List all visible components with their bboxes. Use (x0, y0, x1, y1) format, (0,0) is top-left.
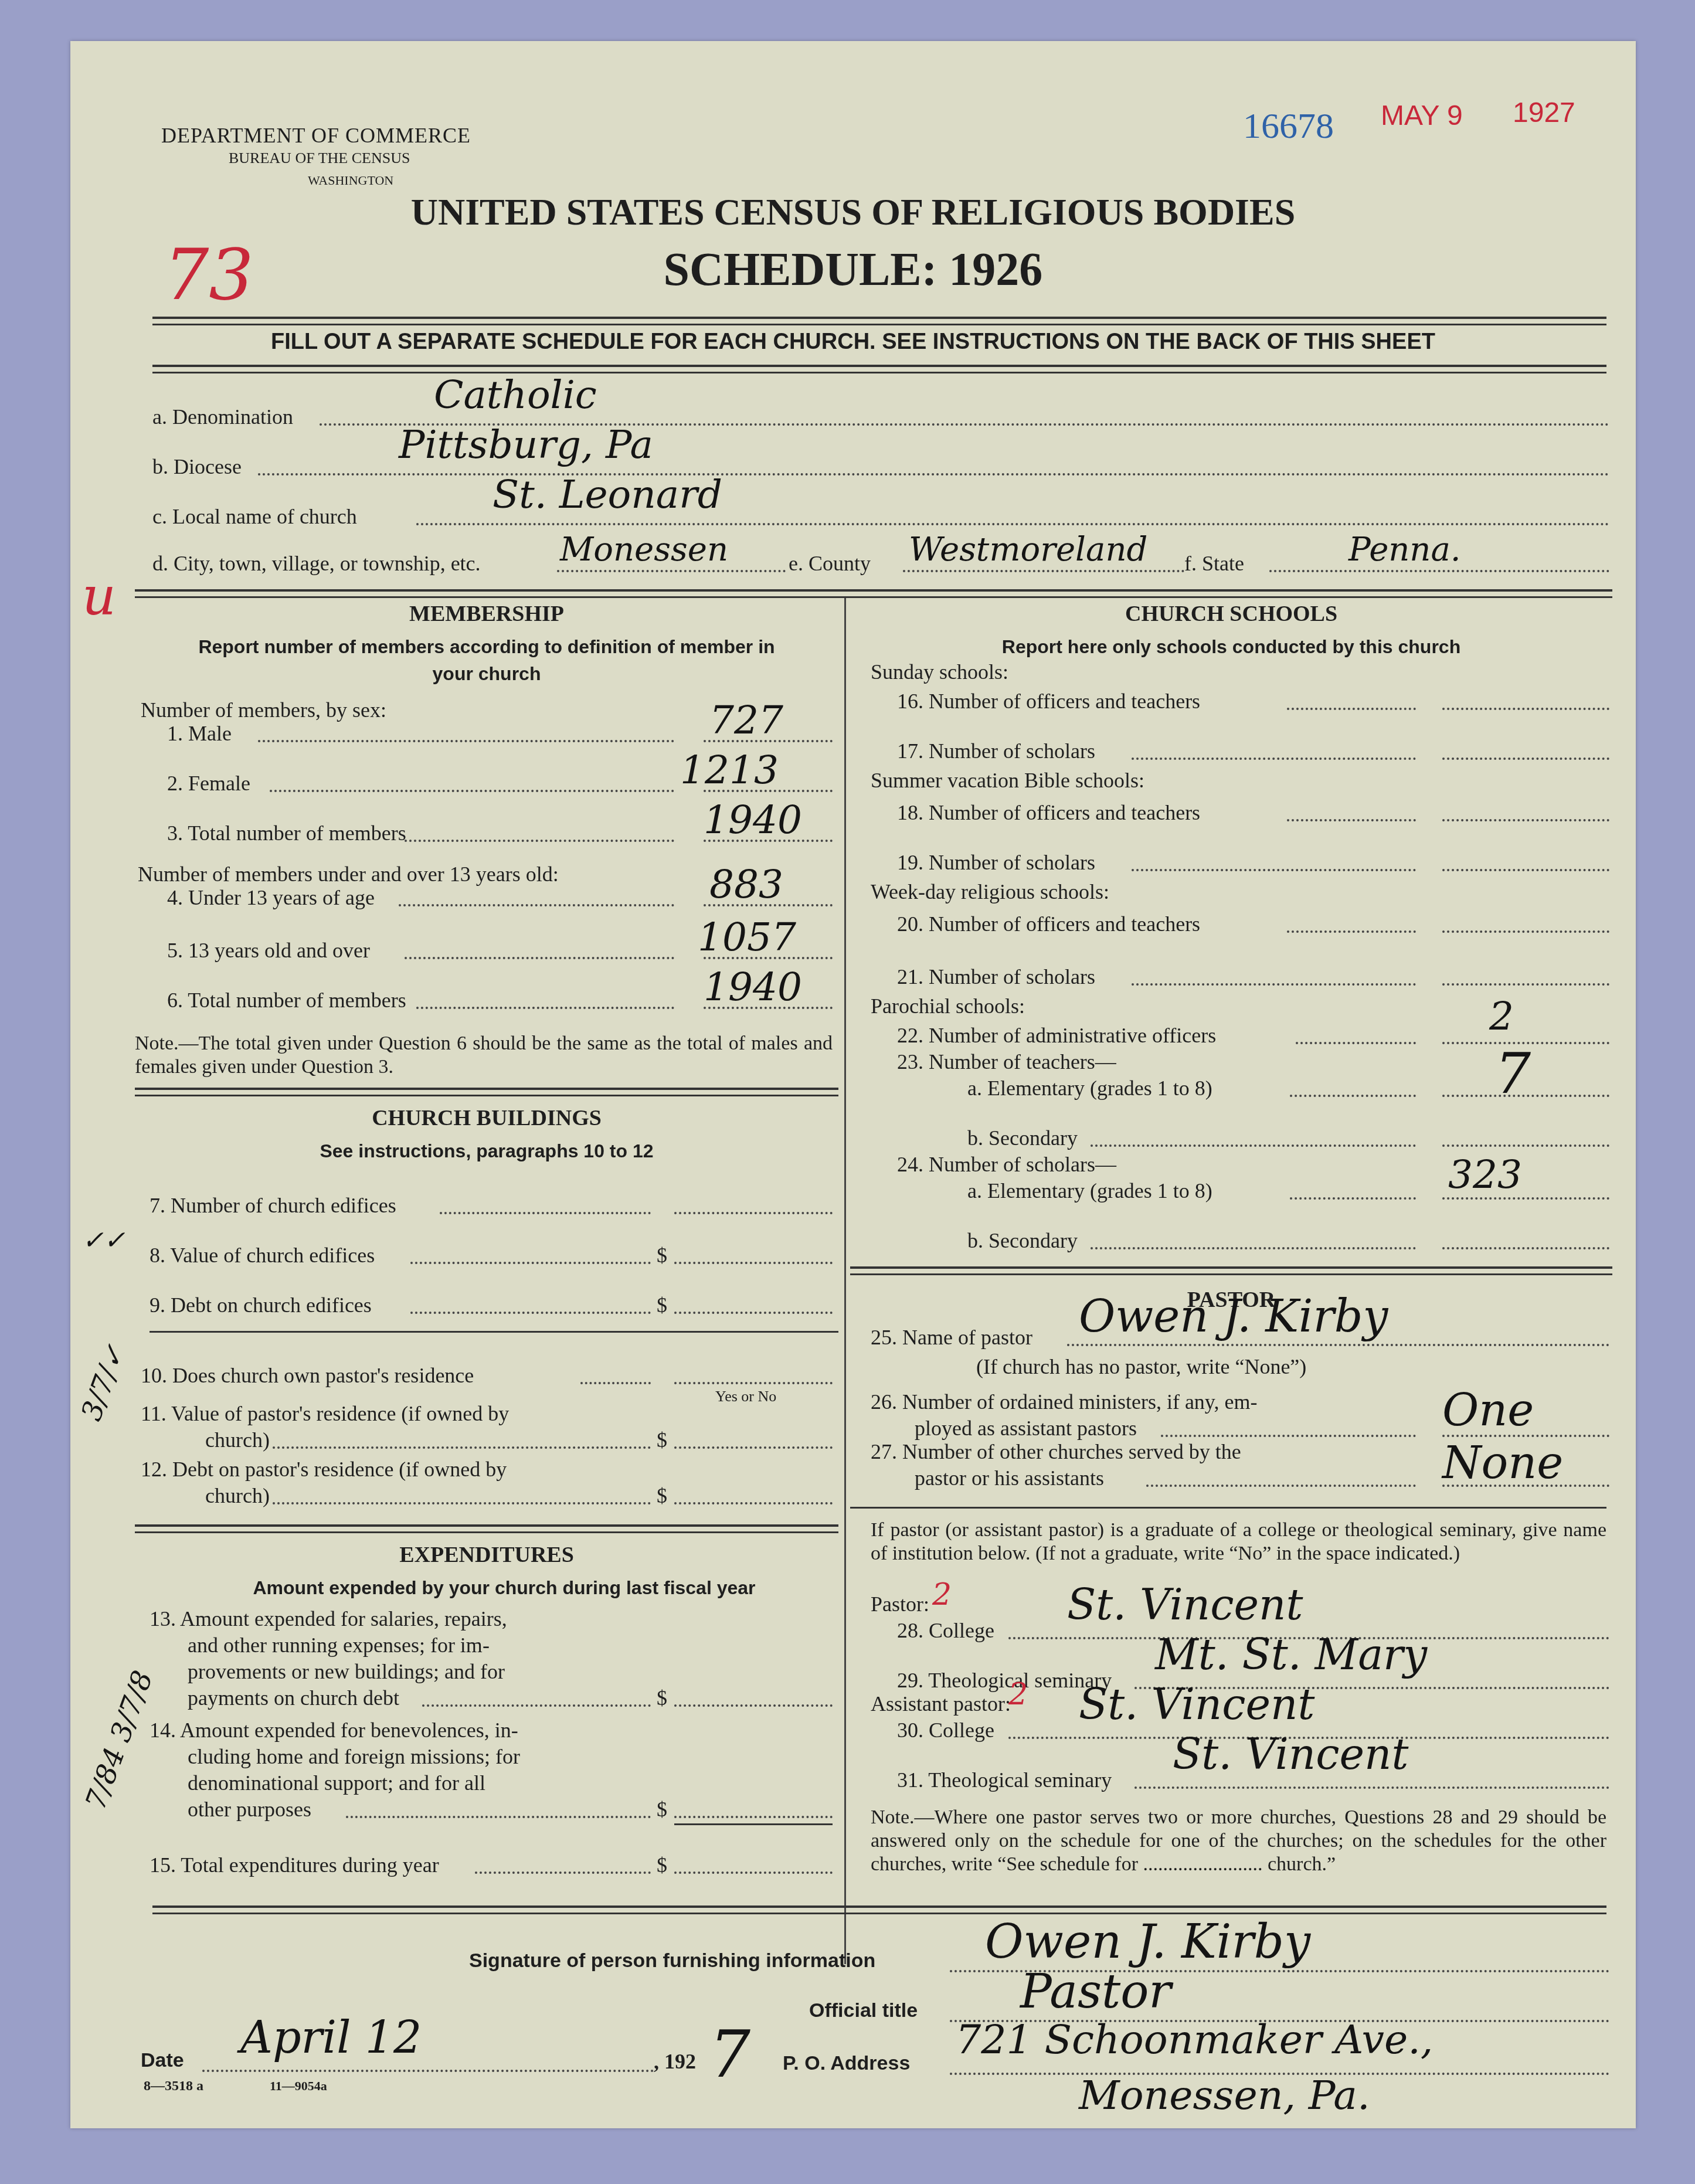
membership-note: Note.—The total given under Question 6 s… (135, 1032, 833, 1079)
expenditures-heading: EXPENDITURES (135, 1542, 838, 1568)
residence-value-line (273, 1446, 651, 1449)
city-line (557, 570, 786, 572)
edifices-count-field[interactable] (674, 1212, 833, 1214)
date-line (202, 2070, 654, 2072)
pastor-college-label: 28. College (897, 1618, 994, 1643)
po-address-label: P. O. Address (783, 2052, 910, 2075)
teachers-elementary-line (1290, 1095, 1416, 1097)
diocese-field[interactable]: Pittsburg, Pa (399, 422, 653, 467)
denomination-label: a. Denomination (152, 405, 293, 429)
weekday-officers-line (1287, 930, 1416, 933)
running-expenses-label-4: payments on church debt (188, 1686, 399, 1710)
total-members-label: 3. Total number of members (167, 821, 406, 845)
edifices-count-label: 7. Number of church edifices (150, 1193, 396, 1218)
dollar-sign: $ (657, 1483, 667, 1508)
margin-expenditure-marks: 7/84 3/7/8 (79, 1666, 159, 1813)
male-line (258, 740, 674, 742)
bureau-city: WASHINGTON (308, 173, 393, 188)
total-expenditures-field[interactable] (674, 1871, 833, 1874)
parochial-schools-label: Parochial schools: (871, 994, 1025, 1018)
summer-officers-label: 18. Number of officers and teachers (897, 800, 1200, 825)
benevolences-label-2: cluding home and foreign missions; for (188, 1744, 520, 1769)
over-13-field[interactable]: 1057 (698, 915, 796, 960)
benevolences-label-3: denominational support; and for all (188, 1771, 485, 1795)
received-stamp-date: MAY 9 (1381, 100, 1463, 132)
male-label: 1. Male (167, 721, 232, 746)
year-field[interactable]: 7 (709, 2017, 750, 2092)
form-schedule-year: SCHEDULE: 1926 (70, 243, 1636, 297)
teachers-secondary-field[interactable] (1442, 1144, 1609, 1147)
weekday-scholars-line (1132, 983, 1416, 986)
scholars-elementary-line (1290, 1197, 1416, 1200)
running-expenses-label-1: 13. Amount expended for salaries, repair… (150, 1606, 507, 1631)
under-13-line (399, 904, 674, 906)
dollar-sign: $ (657, 1853, 667, 1877)
teachers-elementary-field[interactable]: 7 (1495, 1041, 1531, 1106)
state-label: f. State (1184, 551, 1244, 576)
census-schedule-sheet: DEPARTMENT OF COMMERCE BUREAU OF THE CEN… (70, 41, 1636, 2128)
city-label: d. City, town, village, or township, etc… (152, 551, 481, 576)
admin-officers-label: 22. Number of administrative officers (897, 1023, 1216, 1048)
city-field[interactable]: Monessen (560, 531, 728, 569)
total-members-2-field[interactable]: 1940 (704, 964, 802, 1010)
teachers-secondary-label: b. Secondary (967, 1126, 1078, 1150)
owns-residence-field[interactable] (674, 1382, 833, 1384)
dollar-sign: $ (657, 1686, 667, 1710)
header-divider (152, 317, 1606, 325)
assistant-pastors-field[interactable]: One (1442, 1384, 1534, 1436)
summer-scholars-field[interactable] (1442, 869, 1609, 871)
other-churches-label-2: pastor or his assistants (915, 1466, 1104, 1490)
schools-divider (850, 1266, 1612, 1275)
sunday-officers-label: 16. Number of officers and teachers (897, 689, 1200, 714)
church-name-line (416, 523, 1609, 525)
female-line (270, 790, 674, 792)
teachers-secondary-line (1091, 1144, 1416, 1147)
female-count-field[interactable]: 1213 (680, 748, 779, 793)
margin-date-mark: 3/7/✓ (75, 1340, 133, 1425)
total-members-field[interactable]: 1940 (704, 797, 802, 843)
pastor-none-hint: (If church has no pastor, write “None”) (976, 1354, 1306, 1379)
running-expenses-label-2: and other running expenses; for im- (188, 1633, 490, 1657)
teachers-label: 23. Number of teachers— (897, 1049, 1116, 1074)
summer-officers-field[interactable] (1442, 819, 1609, 821)
pastor-college-field[interactable]: St. Vincent (1067, 1580, 1303, 1629)
form-code-1: 8—3518 a (144, 2078, 203, 2094)
form-title: UNITED STATES CENSUS OF RELIGIOUS BODIES (70, 191, 1636, 234)
state-field[interactable]: Penna. (1348, 531, 1461, 569)
identification-divider (135, 589, 1612, 598)
pastor-name-label: 25. Name of pastor (871, 1325, 1032, 1350)
edifices-value-field[interactable] (674, 1262, 833, 1264)
edifices-debt-line (410, 1312, 651, 1314)
total-members-line (405, 840, 674, 842)
po-address-field[interactable]: 721 Schoonmaker Ave., (956, 2017, 1433, 2063)
female-label: 2. Female (167, 771, 250, 796)
benevolences-line (346, 1816, 651, 1818)
weekday-officers-label: 20. Number of officers and teachers (897, 912, 1200, 936)
church-name-label: c. Local name of church (152, 504, 357, 529)
pastor-name-field[interactable]: Owen J. Kirby (1079, 1290, 1388, 1342)
pastor-inner-divider (850, 1507, 1606, 1509)
scholars-elementary-label: a. Elementary (grades 1 to 8) (967, 1178, 1212, 1203)
over-13-line (405, 957, 674, 959)
teachers-elementary-label: a. Elementary (grades 1 to 8) (967, 1076, 1212, 1101)
summer-scholars-line (1132, 869, 1416, 871)
residence-debt-field[interactable] (674, 1502, 833, 1504)
diocese-line (258, 473, 1609, 475)
edifices-count-line (440, 1212, 651, 1214)
church-schools-heading: CHURCH SCHOOLS (850, 601, 1612, 627)
residence-debt-line (273, 1502, 651, 1504)
scholars-secondary-label: b. Secondary (967, 1228, 1078, 1253)
sum-underline (674, 1823, 833, 1825)
yes-or-no-hint: Yes or No (715, 1388, 776, 1405)
admin-officers-line (1296, 1042, 1416, 1044)
assistant-education-label: Assistant pastor: (871, 1692, 1011, 1716)
male-count-field[interactable]: 727 (709, 698, 783, 743)
sunday-scholars-field[interactable] (1442, 758, 1609, 760)
total-members-2-label: 6. Total number of members (167, 988, 406, 1013)
running-expenses-line (422, 1704, 651, 1707)
total-members-2-line (416, 1007, 674, 1009)
summer-schools-label: Summer vacation Bible schools: (871, 768, 1144, 793)
red-margin-number: 73 (164, 235, 254, 316)
dollar-sign: $ (657, 1243, 667, 1268)
church-schools-subtitle: Report here only schools conducted by th… (850, 636, 1612, 658)
pastor-education-label: Pastor: (871, 1592, 929, 1616)
edifices-value-label: 8. Value of church edifices (150, 1243, 375, 1268)
edifices-value-line (410, 1262, 651, 1264)
red-margin-mark: u (82, 566, 116, 627)
instruction-banner: FILL OUT A SEPARATE SCHEDULE FOR EACH CH… (70, 330, 1636, 355)
scholars-elementary-field[interactable]: 323 (1448, 1152, 1522, 1197)
county-label: e. County (789, 551, 871, 576)
pastor-name-line (1067, 1344, 1609, 1346)
assistant-red-mark: 2 (1008, 1677, 1028, 1712)
other-churches-field[interactable]: None (1442, 1436, 1563, 1489)
scholars-elementary-answer-line (1442, 1197, 1609, 1200)
summer-scholars-label: 19. Number of scholars (897, 850, 1095, 875)
dollar-sign: $ (657, 1293, 667, 1317)
under-13-label: 4. Under 13 years of age (167, 885, 375, 910)
summer-officers-line (1287, 819, 1416, 821)
signature-field[interactable]: Owen J. Kirby (985, 1914, 1310, 1969)
date-label: Date (141, 2049, 184, 2072)
benevolences-label-1: 14. Amount expended for benevolences, in… (150, 1718, 518, 1743)
weekday-scholars-field[interactable] (1442, 983, 1609, 986)
expenditures-subtitle: Amount expended by your church during la… (173, 1577, 835, 1599)
column-divider (844, 598, 846, 1964)
county-field[interactable]: Westmoreland (909, 531, 1147, 569)
residence-debt-label-2: church) (205, 1483, 270, 1508)
form-code-2: 11—9054a (270, 2078, 327, 2094)
residence-value-label: 11. Value of pastor's residence (if owne… (141, 1401, 509, 1426)
sunday-scholars-line (1132, 758, 1416, 760)
assistant-pastors-line (1161, 1435, 1416, 1437)
church-name-field[interactable]: St. Leonard (492, 472, 722, 517)
footer-divider (152, 1906, 1606, 1914)
diocese-label: b. Diocese (152, 454, 242, 479)
weekday-schools-label: Week-day religious schools: (871, 879, 1109, 904)
benevolences-field[interactable] (674, 1816, 833, 1818)
membership-subtitle: Report number of members according to de… (176, 633, 797, 687)
scholars-label: 24. Number of scholars— (897, 1152, 1116, 1177)
state-line (1269, 570, 1609, 572)
assistant-pastors-label: 26. Number of ordained ministers, if any… (871, 1390, 1258, 1414)
pastor-red-mark: 2 (932, 1577, 952, 1612)
sunday-officers-field[interactable] (1442, 708, 1609, 710)
department-name: DEPARTMENT OF COMMERCE (161, 123, 471, 148)
other-churches-label: 27. Number of other churches served by t… (871, 1439, 1241, 1464)
benevolences-label-4: other purposes (188, 1797, 311, 1822)
margin-check-marks: ✓✓ (82, 1225, 125, 1255)
buildings-inner-divider (150, 1331, 838, 1333)
scholars-secondary-line (1091, 1247, 1416, 1249)
running-expenses-label-3: provements or new buildings; and for (188, 1659, 505, 1684)
sunday-schools-label: Sunday schools: (871, 660, 1008, 684)
accession-stamp-number: 16678 (1243, 106, 1334, 147)
membership-divider (135, 1088, 838, 1096)
members-by-sex-label: Number of members, by sex: (141, 698, 386, 722)
membership-heading: MEMBERSHIP (135, 601, 838, 627)
running-expenses-field[interactable] (674, 1704, 833, 1707)
pastor-seminary-field[interactable]: Mt. St. Mary (1155, 1630, 1427, 1679)
sunday-officers-line (1287, 708, 1416, 710)
owns-residence-line (580, 1382, 651, 1384)
edifices-debt-field[interactable] (674, 1312, 833, 1314)
signature-label: Signature of person furnishing informati… (469, 1949, 875, 1972)
residence-value-field[interactable] (674, 1446, 833, 1449)
total-expenditures-line (475, 1871, 651, 1874)
county-line (903, 570, 1184, 572)
bureau-name: BUREAU OF THE CENSUS (229, 150, 410, 167)
official-title-label: Official title (809, 1999, 918, 2022)
dollar-sign: $ (657, 1428, 667, 1452)
dollar-sign: $ (657, 1797, 667, 1822)
assistant-pastors-label-2: ployed as assistant pastors (915, 1416, 1137, 1441)
total-expenditures-label: 15. Total expenditures during year (150, 1853, 439, 1877)
edifices-debt-label: 9. Debt on church edifices (150, 1293, 372, 1317)
banner-divider (152, 365, 1606, 373)
date-field[interactable]: April 12 (240, 2011, 422, 2063)
other-churches-line (1146, 1485, 1416, 1487)
assistant-college-field[interactable]: St. Vincent (1079, 1680, 1314, 1729)
buildings-divider (135, 1524, 838, 1533)
received-stamp-year: 1927 (1513, 97, 1575, 129)
assistant-seminary-label: 31. Theological seminary (897, 1768, 1112, 1792)
over-13-label: 5. 13 years old and over (167, 938, 370, 963)
admin-officers-field[interactable]: 2 (1489, 994, 1514, 1039)
denomination-field[interactable]: Catholic (434, 372, 597, 417)
assistant-seminary-field[interactable]: St. Vincent (1173, 1730, 1408, 1779)
members-by-age-label: Number of members under and over 13 year… (138, 862, 559, 886)
graduate-instructions: If pastor (or assistant pastor) is a gra… (871, 1519, 1606, 1565)
weekday-officers-field[interactable] (1442, 930, 1609, 933)
official-title-field[interactable]: Pastor (1020, 1964, 1171, 2019)
buildings-heading: CHURCH BUILDINGS (135, 1105, 838, 1131)
sunday-scholars-label: 17. Number of scholars (897, 739, 1095, 763)
assistant-seminary-line (1134, 1786, 1609, 1789)
residence-value-label-2: church) (205, 1428, 270, 1452)
year-prefix: , 192 (654, 2049, 696, 2074)
pastor-note: Note.—Where one pastor serves two or mor… (871, 1806, 1606, 1876)
buildings-subtitle: See instructions, paragraphs 10 to 12 (135, 1140, 838, 1162)
weekday-scholars-label: 21. Number of scholars (897, 964, 1095, 989)
residence-debt-label: 12. Debt on pastor's residence (if owned… (141, 1457, 507, 1482)
assistant-college-label: 30. College (897, 1718, 994, 1743)
po-address-field-2[interactable]: Monessen, Pa. (1079, 2073, 1370, 2119)
under-13-field[interactable]: 883 (709, 862, 783, 907)
owns-residence-label: 10. Does church own pastor's residence (141, 1363, 474, 1388)
scholars-secondary-field[interactable] (1442, 1247, 1609, 1249)
